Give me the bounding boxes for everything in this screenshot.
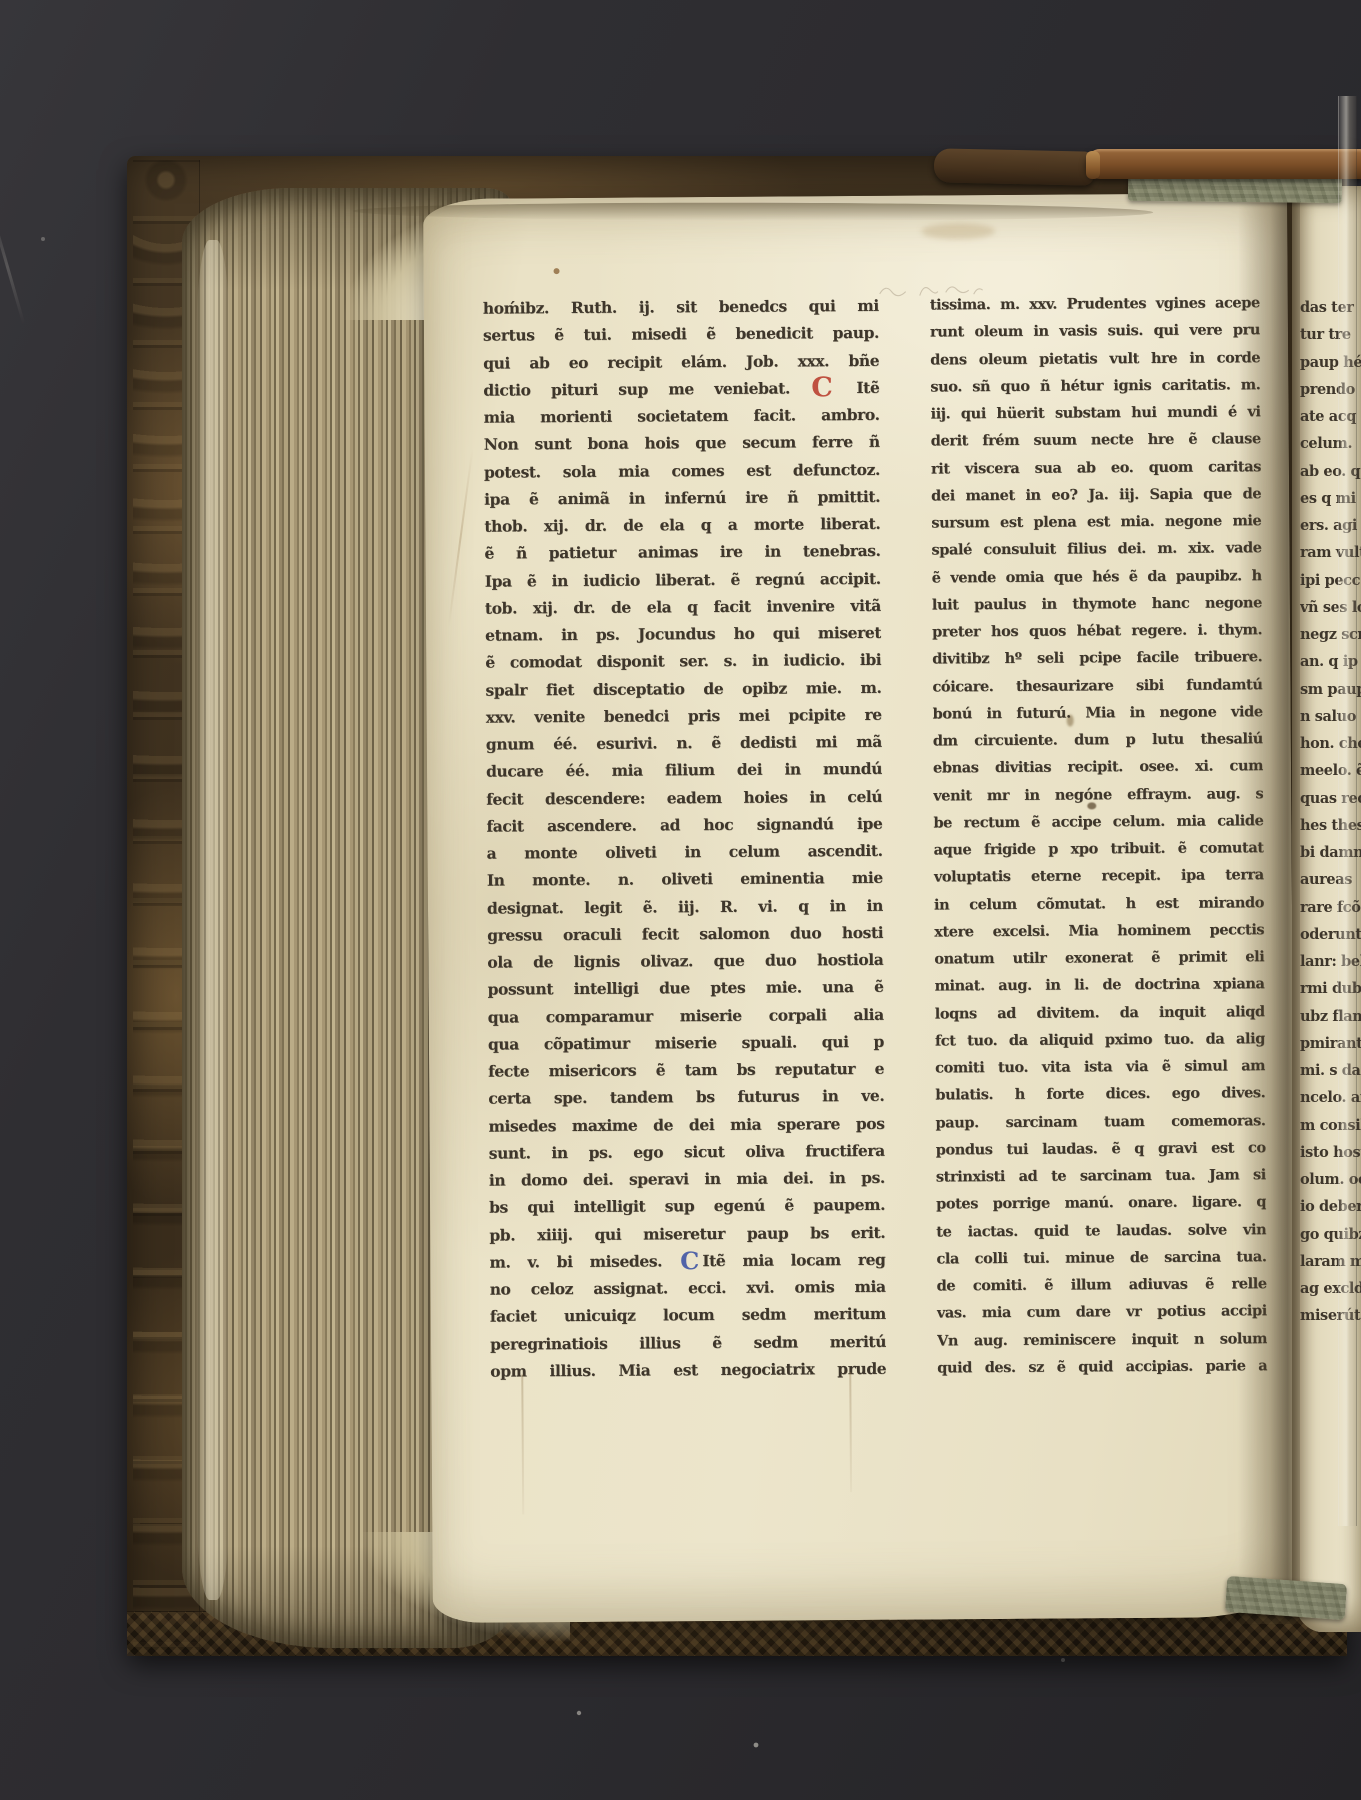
manuscript-text-line: runt oleum in vasis suis. qui vere pru <box>930 316 1260 346</box>
manuscript-text-line: bs qui intelligit sup egenú ẽ paupem. <box>489 1191 885 1221</box>
manuscript-text-line: tissima. m. xxv. Prudentes vgines acepe <box>930 289 1260 319</box>
manuscript-text-line: potest. sola mia comes est defunctoz. <box>484 455 880 485</box>
manuscript-text-line: no celoz assignat. ecci. xvi. omis mia <box>490 1273 886 1303</box>
manuscript-text-line: facit ascendere. ad hoc signandú ipe <box>486 810 882 840</box>
manuscript-text-line: venit mr in negóne effraym. aug. s <box>933 780 1263 810</box>
background-scratch <box>0 210 25 324</box>
manuscript-text-line: hoḿibz. Ruth. ij. sit benedcs qui mi <box>483 292 879 322</box>
manuscript-text-line: in celum cõmutat. h est mirando <box>934 889 1264 919</box>
manuscript-text-line: xtere excelsi. Mia hominem pecctis <box>934 916 1264 946</box>
manuscript-text-line: faciet unicuiqz locum sedm meritum <box>490 1300 886 1330</box>
manuscript-text-line: spalr fiet disceptatio de opibz mie. m. <box>485 673 881 703</box>
paraph-mark: C <box>810 374 836 403</box>
page-stack-highlight <box>196 240 230 1600</box>
manuscript-text-line: strinxisti ad te sarcinam tua. Jam si <box>936 1161 1266 1191</box>
manuscript-text-line: etnam. in ps. Jocundus ho qui miseret <box>485 619 881 649</box>
manuscript-text-line: ẽ ñ patietur animas ire in tenebras. <box>484 537 880 567</box>
manuscript-text-line: designat. legit ẽ. iij. R. vi. q in in <box>487 891 883 921</box>
manuscript-text-line: derit frém suum necte hre ẽ clause <box>931 425 1261 455</box>
manuscript-text-column-right: tissima. m. xxv. Prudentes vgines aceper… <box>930 289 1268 1381</box>
manuscript-text-line: possunt intelligi due ptes mie. una ẽ <box>487 973 883 1003</box>
manuscript-text-line: sertus ẽ tui. misedi ẽ benedicit paup. <box>483 319 879 349</box>
manuscript-text-line: gressu oraculi fecit salomon duo hosti <box>487 919 883 949</box>
parchment-stain <box>921 223 995 240</box>
manuscript-text-line: voluptatis eterne recepit. ipa terra <box>934 861 1264 891</box>
manuscript-text-line: qua comparamur miserie corpali alia <box>488 1000 884 1030</box>
parchment-speck <box>554 268 560 274</box>
manuscript-text-line: quid des. sz ẽ quid accipias. parie a <box>937 1352 1267 1382</box>
manuscript-text-line: preter hos quos hébat regere. i. thym. <box>932 616 1262 646</box>
manuscript-text-line: m. v. bi misedes. CItẽ mia locam reg <box>489 1246 885 1276</box>
manuscript-text-line: In monte. n. oliveti eminentia mie <box>487 864 883 894</box>
manuscript-text-line: fecte misericors ẽ tam bs reputatur e <box>488 1055 884 1085</box>
dust-specks <box>0 0 2 2</box>
manuscript-text-line: opm illius. Mia est negociatrix prude <box>490 1355 886 1385</box>
text-segment: m. v. bi misedes. <box>489 1251 679 1271</box>
manuscript-text-line: loqns ad divitem. da inquit aliqd <box>935 998 1265 1028</box>
manuscript-photograph: hoḿibz. Ruth. ij. sit benedcs qui misert… <box>0 0 1361 1800</box>
manuscript-text-line: pb. xiiij. qui miseretur paup bs erit. <box>489 1218 885 1248</box>
gutter-fold-shadow <box>1238 188 1300 1624</box>
manuscript-text-line: ebnas divitias recipit. osee. xi. cum <box>933 752 1263 782</box>
manuscript-text-line: potes porrige manú. onare. ligare. q <box>936 1188 1266 1218</box>
ruling-guide-line <box>521 1374 524 1514</box>
manuscript-text-column-left: hoḿibz. Ruth. ij. sit benedcs qui misert… <box>483 292 887 1385</box>
manuscript-text-line: bonú in futurú. Mia in negone vide <box>933 698 1263 728</box>
manuscript-text-line: ipa ẽ animã in infernú ire ñ pmittit. <box>484 483 880 513</box>
manuscript-text-line: dm circuiente. dum p lutu thesaliú <box>933 725 1263 755</box>
manuscript-text-line: sursum est plena est mia. negone mie <box>931 507 1261 537</box>
manuscript-text-line: spalé consuluit filius dei. m. xix. vade <box>931 534 1261 564</box>
spine-leather-roll <box>934 148 1095 185</box>
text-segment: Itẽ mia locam reg <box>702 1250 885 1270</box>
manuscript-text-line: aque frigide p xpo tribuit. ẽ comutat <box>934 834 1264 864</box>
manuscript-text-line: fct tuo. da aliquid pximo tuo. da alig <box>935 1025 1265 1055</box>
manuscript-text-line: dictio pituri sup me veniebat. C Itẽ <box>483 374 879 404</box>
manuscript-text-line: pondus tui laudas. ẽ q gravi est co <box>936 1134 1266 1164</box>
manuscript-text-line: te iactas. quid te laudas. solve vin <box>936 1216 1266 1246</box>
manuscript-text-line: gnum éé. esurivi. n. ẽ dedisti mi mã <box>486 728 882 758</box>
manuscript-text-line: dens oleum pietatis vult hre in corde <box>930 344 1260 374</box>
manuscript-text-line: onatum utilr exonerat ẽ primit eli <box>934 943 1264 973</box>
transparent-retaining-strip <box>1338 96 1357 1526</box>
manuscript-text-line: minat. aug. in li. de doctrina xpiana <box>934 970 1264 1000</box>
spine-head-rod <box>1086 149 1361 179</box>
page-top-edge-shadow <box>353 202 1153 221</box>
open-verso-page: hoḿibz. Ruth. ij. sit benedcs qui misert… <box>423 193 1297 1623</box>
manuscript-text-line: qua cõpatimur miserie spuali. qui p <box>488 1028 884 1058</box>
manuscript-text-line: mia morienti societatem facit. ambro. <box>483 401 879 431</box>
text-segment: dictio pituri sup me veniebat. <box>483 378 810 399</box>
manuscript-text-line: cóicare. thesaurizare sibi fundamtú <box>932 671 1262 701</box>
manuscript-text-line: paup. sarcinam tuam comemoras. <box>935 1107 1265 1137</box>
manuscript-text-line: rit viscera sua ab eo. quom caritas <box>931 453 1261 483</box>
ruling-guide-line <box>849 1372 852 1492</box>
manuscript-text-line: cla colli tui. minue de sarcina tua. <box>936 1243 1266 1273</box>
manuscript-text-line: suo. sñ quo ñ hétur ignis caritatis. m. <box>930 371 1260 401</box>
manuscript-text-line: qui ab eo recipit elám. Job. xxx. bñe <box>483 346 879 376</box>
manuscript-text-line: ducare éé. mia filium dei in mundú <box>486 755 882 785</box>
manuscript-text-line: Vn aug. reminiscere inquit n solum <box>937 1325 1267 1355</box>
spine-rod-end-cap <box>1086 151 1100 179</box>
paraph-mark: C <box>679 1246 702 1275</box>
manuscript-text-line: luit paulus in thymote hanc negone <box>932 589 1262 619</box>
manuscript-text-line: thob. xij. dr. de ela q a morte liberat. <box>484 510 880 540</box>
manuscript-text-line: de comiti. ẽ illum adiuvas ẽ relle <box>937 1270 1267 1300</box>
manuscript-text-line: dei manet in eo? Ja. iij. Sapia que de <box>931 480 1261 510</box>
manuscript-text-line: ola de lignis olivaz. que duo hostiola <box>487 946 883 976</box>
manuscript-text-line: Ipa ẽ in iudicio liberat. ẽ regnú accipi… <box>485 564 881 594</box>
manuscript-text-line: certa spe. tandem bs futurus in ve. <box>488 1082 884 1112</box>
manuscript-text-line: Non sunt bona hois que secum ferre ñ <box>484 428 880 458</box>
manuscript-text-line: ẽ vende omia que hés ẽ da paupibz. h <box>932 562 1262 592</box>
manuscript-text-line: ẽ comodat disponit ser. s. in iudicio. i… <box>485 646 881 676</box>
manuscript-text-line: a monte oliveti in celum ascendit. <box>487 837 883 867</box>
manuscript-text-line: fecit descendere: eadem hoies in celú <box>486 782 882 812</box>
manuscript-text-line: vas. mia cum dare vr potius accipi <box>937 1297 1267 1327</box>
manuscript-text-line: sunt. in ps. ego sicut oliva fructifera <box>489 1137 885 1167</box>
parchment-crease <box>448 449 474 628</box>
manuscript-text-line: in domo dei. speravi in mia dei. in ps. <box>489 1164 885 1194</box>
manuscript-text-line: bulatis. h forte dices. ego dives. <box>935 1079 1265 1109</box>
manuscript-text-line: comiti tuo. vita ista via ẽ simul am <box>935 1052 1265 1082</box>
manuscript-text-line: xxv. venite benedci pris mei pcipite re <box>486 701 882 731</box>
text-segment: Itẽ <box>836 378 880 397</box>
manuscript-text-line: iij. qui hüerit substam hui mundi é vi <box>930 398 1260 428</box>
manuscript-text-line: peregrinatiois illius ẽ sedm meritú <box>490 1327 886 1357</box>
manuscript-text-line: divitibz hº seli pcipe facile tribuere. <box>932 643 1262 673</box>
manuscript-text-line: be rectum ẽ accipe celum. mia calide <box>933 807 1263 837</box>
manuscript-text-line: tob. xij. dr. de ela q facit invenire vi… <box>485 592 881 622</box>
manuscript-text-line: misedes maxime de dei mia sperare pos <box>488 1109 884 1139</box>
